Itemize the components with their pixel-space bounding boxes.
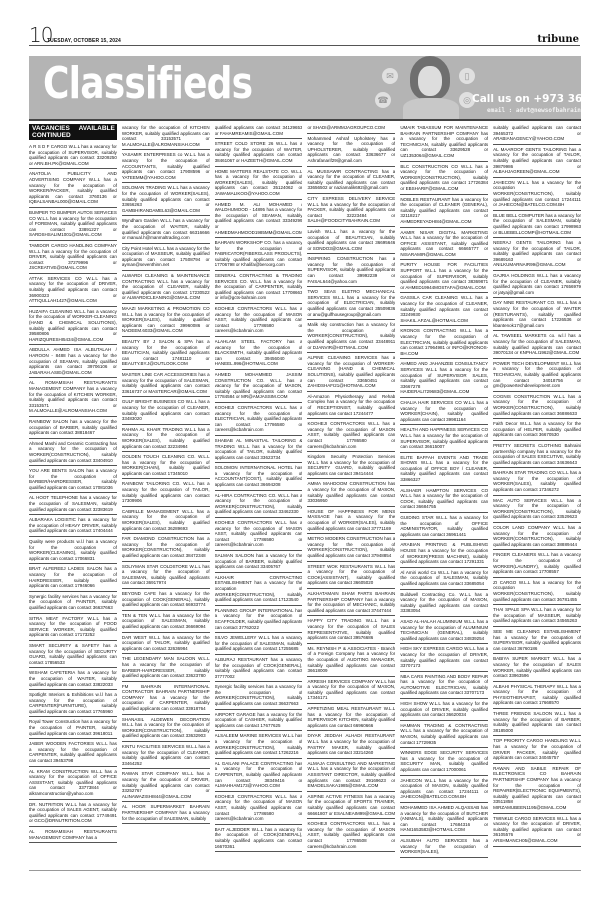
classified-ad: suitably qualified applicants can contac… (493, 124, 581, 145)
classified-ad: Ahmed Mashi and Ceramic Contracting has … (29, 440, 117, 466)
classified-ad: AL HOOT TELEPHONE has a vacancy for the … (29, 494, 117, 515)
classified-ad: FINGER CLEANERS W.L.L has a vacancy for … (493, 551, 581, 577)
column-4: or SHADI@ARMMJAGROUPCO.COMMohammed Ashra… (307, 124, 395, 870)
classified-ad: ALBARAKA LOGISTIC has a vacancy for the … (29, 516, 117, 537)
classified-ad: WINNERS EDGE SECURITY SERVICES has a vac… (400, 749, 488, 775)
classified-ad: Synergic facility services has a vacancy… (29, 593, 117, 614)
classified-ad: GASSILA CAR CLEANING W.L.L has a vacancy… (400, 294, 488, 326)
classified-ad: ANATOLIA PUBLICITY AND ADVERTISING COMPA… (29, 170, 117, 208)
classified-ad: BAHRAIN STAR TRADING CO W.L.L has a vaca… (493, 469, 581, 495)
classified-ad: Faith Decor W.L.L has a vacancy for the … (493, 420, 581, 441)
classified-ad: TEN & TEN W.L.L has a vacancy for the oc… (122, 612, 210, 633)
classified-ad: BAIT ALJEDDER W.L.L has a vacancy for th… (215, 826, 303, 852)
classified-ad: BLUE BELL COMPUTER has a vacancy for the… (493, 212, 581, 238)
classified-ad: TWINKLE CARGO SERVICES W.L.L has a vacan… (493, 815, 581, 847)
classified-ad: ELITE BAFFAH EVENTS AND TRADE SHOWS W.L.… (400, 454, 488, 486)
classified-ad: or SHADI@ARMMJAGROUPCO.COM (307, 124, 395, 134)
classified-ad: ATTAK SERVICES CO W.L.L has a vacancy fo… (29, 275, 117, 307)
classified-ad: AL TAWSEEL MARKETS co. w.l.l has a vacan… (493, 332, 581, 358)
classified-ad: ZI CARGO W.L.L has a vacancy for the occ… (493, 579, 581, 605)
tablet-icon: ▯ (459, 68, 475, 84)
classified-ad: KOOHEJI CONTRACTORS W.L.L has a vacancy … (215, 519, 303, 551)
classifieds-banner: Classifieds ✉ ☎ ▯ ◎ Call us on +973 3645… (29, 56, 581, 119)
classified-ad: CABRILLE MANAGEMENT W.L.L has a vacancy … (122, 508, 210, 534)
classified-ad: GENERAL CONTRACTING & TRADING SERVICES C… (215, 272, 303, 304)
classified-ad: Royal Tower Construction has a vacancy f… (29, 718, 117, 739)
classified-ad: ALAHLAM STEEL FACTORY has a vacancy for … (215, 338, 303, 370)
classified-ad: City Point Hotel W.L.L has a vacancy for… (122, 245, 210, 271)
classified-ad: SITRA MEAT FACTORY W.L.L has a vacancy f… (29, 615, 117, 641)
classified-ad: COGNIS CONSTRUCTION W.L.L has a vacancy … (493, 393, 581, 419)
classified-ad: AL HOOR SUPERMARKET BAHRAIN PARTNERSHIP … (122, 803, 210, 824)
classified-ad: Quality were products w.l.l has a vacanc… (29, 538, 117, 564)
classified-ad: BABIYA SUPER MARKET W.L.L has a vacancy … (493, 655, 581, 681)
column-1: VACANCIES AVAILABLE CONTINUED A R S D F … (29, 124, 117, 870)
classified-ad: AL ROMAMSIAH RESTAURANTS MANAGEMENT COMP… (29, 379, 117, 417)
classified-ad: ARRESH SERVICES COMPANY W.L.L has a vaca… (307, 678, 395, 704)
contact-email: email : advt@newsofbahrain.com (487, 107, 581, 114)
classified-ad: COLOR LAND COMPANY W.L.L has a vacancy f… (493, 524, 581, 550)
classified-ad: BLC CONSTRUCTION CO W.L.L has a vacancy … (400, 163, 488, 195)
classified-ad: HEALTH AND HAPPINESS SERVICES CO W.L.L h… (400, 426, 488, 452)
classified-ad: YASAMIR ENTERPRISES co W.L.L has a vacan… (122, 151, 210, 183)
classified-ad: ABDULLA AHMED ISA ALBUTALAH / HAROON - 8… (29, 346, 117, 378)
mascot-face (418, 66, 442, 96)
classified-ad: NEERAJ GENTS TAILORING has a vacancy for… (493, 239, 581, 271)
mascot-body (403, 98, 459, 119)
classified-ad: SHABAB AL MINASTIAL TAILORING & TRADING … (215, 437, 303, 463)
section-heading: VACANCIES AVAILABLE CONTINUED (29, 124, 117, 140)
classified-ad: qualified applicants can contact 3412965… (215, 124, 303, 139)
classified-ad: UMAIR TABASSUM FOR MAINTENANCE BAHRAIN P… (400, 124, 488, 162)
classified-ad: SILVO JEWELLERY W.L.L has a vacancy for … (215, 634, 303, 655)
classified-ad: JABER WOODEN FACTORIES W.L.L has a vacan… (29, 740, 117, 766)
classified-ad: GULF BRIGHT BUSINESS CO W.L.L has a vaca… (122, 398, 210, 424)
classified-ad: KOOHEJI CONTRACTORS W.L.L has a vacancy … (307, 820, 395, 852)
classified-ad: HUZAIFA CLEANING W.L.L has a vacancy for… (29, 308, 117, 346)
classified-ad: HIGH SHOW W.L.L has a vacancy for the oc… (400, 700, 488, 721)
classified-ad: MAC AUTO SERVICES W.L.L has a vacancy fo… (493, 497, 581, 523)
classified-ad: PRETTY SECRETS CLOTHING Bahraini partner… (493, 442, 581, 468)
classified-ad: AL MUSSAWIR CONTRACTING has a vacancy fo… (307, 168, 395, 194)
contact-phone: Call us on +973 36458394 (472, 93, 581, 105)
classified-ad: HOUSE OF HAPPINESS FOR MENS MASSAGE has … (307, 508, 395, 534)
classified-ad: TWO SEAS ELETRO MECHANICAL SERVICES W.L.… (307, 288, 395, 320)
classified-ad: KOOHEJI CONTRACTORS W.L.L has a vacancy … (215, 404, 303, 436)
classified-ad: AHMED MOHAMMED JASSIM CONSTRUCTION CO. W… (215, 371, 303, 403)
classified-ad: ARABIAN PRINTING & PUBLISHING HOUSE has … (400, 541, 488, 567)
classified-ad: GAJRIA HOLDINGS W.L.L has a vacancy for … (493, 272, 581, 298)
footer-rule (29, 870, 581, 871)
classified-ad: ALKHAIR CONTRACTING ESTABLISHMENT has a … (215, 574, 303, 606)
classified-ad: A R S D F CARGO W.L.L has a vacancy for … (29, 143, 117, 169)
classified-ad: RAWAN STAR COMPANY W.L.L has a vacancy f… (122, 770, 210, 802)
classified-ad: ALBURAJ RESTAURANT has a vacancy for the… (215, 656, 303, 682)
classified-ad: THAI SPALE SPA W.L.L has a vacancy for t… (493, 606, 581, 627)
classified-ad: JAHECON W.L.L has a vacancy for the occu… (400, 777, 488, 803)
classified-ad: KINTU FACILITIES SERVICES W.L.L has a va… (122, 743, 210, 769)
classified-ad: AL ROMAMSIAH RESTAURANTS MANAGEMENT COMP… (29, 828, 117, 843)
classified-ad: ALBAHI PHYSICAL THERAPY W.L.L has a vaca… (493, 683, 581, 709)
classified-ad: ALSHAER HAMPTON SERVICES CO W.L.L has a … (400, 487, 488, 513)
classified-ad: GUIDING STAR W.L.L has a vacancy for the… (400, 514, 488, 540)
classified-ad: RAHMA AL KHAIR TRADING W.L.L has a vacan… (122, 426, 210, 452)
classified-ad: AMMA MAHDOOM CONSTRUCTION has a vacancy … (307, 480, 395, 506)
classified-ad: STREET WOK RESTAURANTS W.L.L has a vacan… (307, 563, 395, 589)
classified-ad: YOU ARE BENTS SALON has a vacancy for th… (29, 467, 117, 493)
classified-ad: BAHRAIN WORKSHOP CO. has a vacancy for t… (215, 239, 303, 271)
classified-ad: KOOHEJI CONTRACTORS W.L.L has a vacancy … (215, 305, 303, 337)
classified-ad: HAMMAN TRADING & CONTRACTING W.L.L has a… (400, 722, 488, 748)
classified-ad: ALPINE CLEANING SERVICES has a vacancy f… (307, 354, 395, 392)
classified-ad: Al-Amazon Physiotherapy and Rehab Comple… (307, 393, 395, 419)
classified-ad: AL MAAROOF GENTS TAILORING has a vacancy… (493, 146, 581, 178)
classified-ad: AL GAILANI PALACE CONTRACTING has a vaca… (215, 760, 303, 792)
column-3: qualified applicants can contact 3412965… (215, 124, 303, 870)
classified-ad: CITY EXPRESS DELIVERY SERVICE W.L.L has … (307, 195, 395, 227)
classified-ad: JAHECON W.L.L has a vacancy for the occu… (493, 179, 581, 211)
classified-ad: KOOHEJI CONTRACTORS W.L.L has a vacancy … (215, 793, 303, 825)
classified-ad: STREET COLD STORE 26 W.L.L has a vacancy… (215, 140, 303, 166)
classified-ad: ASAD AL-HALAH ALUMINIUM W.L.L has a vaca… (400, 618, 488, 644)
classified-columns: VACANCIES AVAILABLE CONTINUED A R S D F … (29, 124, 581, 870)
classified-ad: PLANNING GROUP INTERNATIONAL has a vacan… (215, 607, 303, 633)
classified-ad: Malik sky construction has a vacancy for… (307, 321, 395, 353)
classified-ad: HIGH SKY EXPRESS CARGO W.L.L has a vacan… (400, 645, 488, 671)
classified-ad: AIRPORT GARAGE has a vacancy for the occ… (215, 711, 303, 732)
classified-ad: INSPIRING CONSTRUCTION has a vacancy for… (307, 255, 395, 287)
classified-ad: Lavish W.L.L has a vacancy for the occup… (307, 228, 395, 254)
classified-ad: Buildwell Contracting Co. W.L.L has a va… (400, 591, 488, 617)
classified-ad: ALSUBAH AUTO SERVICES has a vacancy for … (400, 837, 488, 858)
classified-ad: SHANASIL ALDEWEN DECORATION W.L.L has a … (122, 716, 210, 742)
classified-ad: vacancy for the occupation of KITCHEN WO… (122, 124, 210, 150)
mail-icon: ✉ (382, 68, 398, 84)
classified-ad: ALMAJA CONSULTING AND MARKETING W.L.L ha… (307, 760, 395, 792)
classified-ad: PURITY HOUSE FOR FACILITIES SUPPORT W.L.… (400, 261, 488, 293)
classified-ad: TAMIDOR CARGO HANDLING COMPANY W.L.L has… (29, 242, 117, 274)
classified-ad: SMART SECURITY & SAFETY has a vacancy fo… (29, 642, 117, 668)
classified-ad: KRONOS CONTRACTING W.L.L has a vacancy f… (400, 327, 488, 359)
classified-ad: CHALIA HAIR SERVICES CO W.L.L has a vaca… (400, 399, 488, 425)
classified-ad: ALWARDI CLEANING & MAINTENANCE CONTRACTI… (122, 272, 210, 304)
issue-date: TUESDAY, OCTOBER 15, 2024 (47, 38, 121, 44)
classified-ad: DAY NINE RESTAURANT CO. W.L.L has a vaca… (493, 299, 581, 331)
banner-rule (29, 119, 581, 121)
classified-ad: WISHAM CAFETERIA has a vacancy for the o… (29, 669, 117, 690)
classified-ad: SOLOMON INTERNATIONAL HOTEL has a vacanc… (215, 464, 303, 490)
classified-ad: HAPPY CITY TRADING W.L.L has a vacancy f… (307, 617, 395, 643)
column-6: suitably qualified applicants can contac… (493, 124, 581, 870)
classified-ad: FAR DIAMOND CONSTRUCTION has a vacancy f… (122, 535, 210, 561)
column-2: vacancy for the occupation of KITCHEN WO… (122, 124, 210, 870)
classified-ad: SEE ME CLEANING ESTABLISHMENT has a vaca… (493, 628, 581, 654)
banner-title: Classifieds (43, 58, 252, 109)
classified-ad: BRAT ALFEREEJ LADIES SALON has a vacancy… (29, 565, 117, 591)
newspaper-logo: tribune (537, 34, 579, 45)
classified-ad: DR. NUTRITION W.L.L has a vacancy for th… (29, 801, 117, 827)
classified-ad: ALKHATAMAIN SHAM PARTS BAHRAIN PARTNERSH… (307, 590, 395, 616)
classified-ad: SOLOMAN TRADING W.L.L has a vacancy for … (122, 184, 210, 216)
classified-ad: MOHAMMED ISA AHMED ALQASSAB has a vacanc… (400, 804, 488, 836)
classified-ad: KOOHEJI CONTRACTORS W.L.L has a vacancy … (307, 420, 395, 452)
classified-ad: Kingdom Security Protection Services W.L… (307, 453, 395, 479)
classified-ad: SOLIYMAN STAR COLDSTORE W.L.L has a vaca… (122, 563, 210, 589)
classified-ad: HOME MATTERS REALSTATE CO. W.L.L has a v… (215, 168, 303, 200)
classified-ad: Wyndham Garden W.L.L has a vacancy for t… (122, 217, 210, 243)
classified-ad: Ms. REYNISH P & ASSOCIATES - Branch of a… (307, 645, 395, 677)
classified-ad: DIYAR JEDDAH ALHADI RESTAURANT W.L.L has… (307, 732, 395, 758)
classified-ad: MAAZI MARKETING & PROMOTION CO W.L.L has… (122, 305, 210, 337)
classified-ad: FM BAHRAIN INTERNATIONAL CONTRACTOR BAHR… (122, 683, 210, 715)
column-5: UMAIR TABASSUM FOR MAINTENANCE BAHRAIN P… (400, 124, 488, 870)
classified-ad: AL-HIRA CONTRACTING CO. W.L.L has a vaca… (215, 492, 303, 518)
classified-ad: NBA CARS PAINTING AND BODY REPAIR has a … (400, 673, 488, 699)
classified-ad: AAMIR NISAR DIGITAL MARKETING W.L.L has … (400, 229, 488, 261)
classified-ad: THREE FRIENDS SALOON W.L.L has a vacancy… (493, 710, 581, 736)
classified-ad: SALMAN SALOON has a vacancy for the occu… (215, 552, 303, 573)
classified-ad: RAWAN AND SABILE REPAIR OF ELECTRONICS C… (493, 765, 581, 814)
classified-ad: Synergic facility services has a vacancy… (215, 683, 303, 709)
classified-ad: BEYOND CAFE has a vacancy for the occupa… (122, 590, 210, 611)
classified-ad: METRO MODERN CONSTRUCTION has a vacancy … (307, 535, 395, 561)
classified-ad: AHMED AND JAHANZEB CONSULTANCY SERVICES … (400, 360, 488, 398)
classified-ad: Mohammed Ashraf Upholstery has a vacancy… (307, 135, 395, 167)
classified-ad: ALSALEEM MARINE SERVICES W.L.L has a vac… (215, 732, 303, 758)
classified-ad: Spotlight Interiors & Exhibitions w.l.l … (29, 691, 117, 717)
classified-ad: BEAUTY BY J SALON & SPA has a vacancy fo… (122, 338, 210, 370)
classified-ad: RAINBOW TAILORING CO. W.L.L has a vacanc… (122, 480, 210, 506)
classified-ad: RAINBOW SALON has a vacancy for the occu… (29, 418, 117, 439)
phone-icon: ☎ (375, 92, 391, 108)
classified-ad: POWER TECH DEVELOPMENT W.L.L has a vacan… (493, 360, 581, 392)
classified-ad: THE LEGENDARY MAN SALOON W.L.L has a vac… (122, 655, 210, 681)
classified-ad: MASTER LINE CAR ACCESSORIES has a vacanc… (122, 371, 210, 397)
classified-ad: AL KRAM CONSTRUCTION W.L.L has a vacancy… (29, 768, 117, 800)
classified-ad: ASPINE ACTIVE FITNESS has a vacancy for … (307, 793, 395, 819)
classified-ad: Al Amiri world Co W.L.L has a vacancy fo… (400, 569, 488, 590)
classified-ad: TOP PRIORITY CARGO HANDLING W.L.L has a … (493, 737, 581, 763)
classified-ad: DAR WEST W.L.L has a vacancy for the occ… (122, 634, 210, 655)
classified-ad: BUMPER TO BUMPER AUTOS SERVICES CO W.L.L… (29, 209, 117, 241)
header-rule (29, 45, 580, 46)
classified-ad: GOLDEN TOUCH CLEANING CO. W.L.L has a va… (122, 453, 210, 479)
classified-ad: APPETIZING MEAL RESTAURANT W.L.L has a v… (307, 705, 395, 731)
classified-ad: NOBLES RESTAURANT has a vacancy for the … (400, 196, 488, 228)
classified-ad: AHMED M. ALI MOHAMED / WALDHUMOOD - 1489… (215, 201, 303, 239)
